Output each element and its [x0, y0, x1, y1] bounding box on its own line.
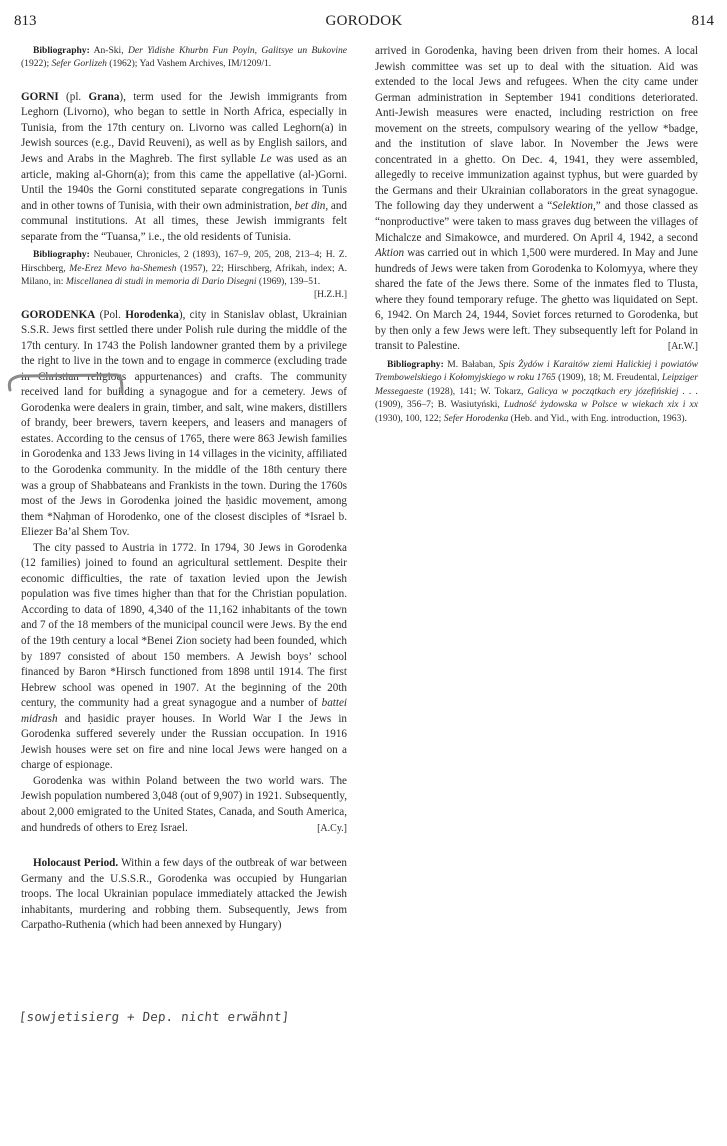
- author-signature: [A.Cy.]: [305, 821, 347, 837]
- gorodenka-paragraph-2: The city passed to Austria in 1772. In 1…: [21, 541, 347, 774]
- entry-gorni: GORNI (pl. Grana), term used for the Jew…: [21, 90, 347, 245]
- holocaust-continued: arrived in Gorodenka, having been driven…: [375, 44, 698, 355]
- handwritten-note: [sowjetisierg + Dep. nicht erwähnt]: [18, 1009, 290, 1024]
- page-number-right: 814: [692, 13, 715, 30]
- right-column: arrived in Gorodenka, having been driven…: [375, 44, 698, 425]
- headword-gorodenka: GORODENKA: [21, 309, 95, 321]
- author-signature: [H.Z.H.]: [302, 289, 347, 302]
- gorni-bibliography: Bibliography: Neubauer, Chronicles, 2 (1…: [21, 248, 347, 288]
- left-column: Bibliography: An-Ski, Der Yidishe Khurbn…: [21, 44, 347, 934]
- section-heading-holocaust: Holocaust Period.: [33, 857, 118, 869]
- gorodenka-bibliography: Bibliography: M. Bałaban, Spis Żydów i K…: [375, 358, 698, 425]
- holocaust-period-paragraph: Holocaust Period. Within a few days of t…: [21, 856, 347, 934]
- gorlice-bibliography: Bibliography: An-Ski, Der Yidishe Khurbn…: [21, 44, 347, 71]
- entry-gorodenka: GORODENKA (Pol. Horodenka), city in Stan…: [21, 308, 347, 541]
- running-head: GORODOK: [14, 13, 714, 30]
- page-header: 813 GORODOK 814: [14, 13, 714, 33]
- gorodenka-paragraph-3: Gorodenka was within Poland between the …: [21, 774, 347, 836]
- author-signature: [Ar.W.]: [668, 339, 698, 355]
- headword-gorni: GORNI: [21, 91, 59, 103]
